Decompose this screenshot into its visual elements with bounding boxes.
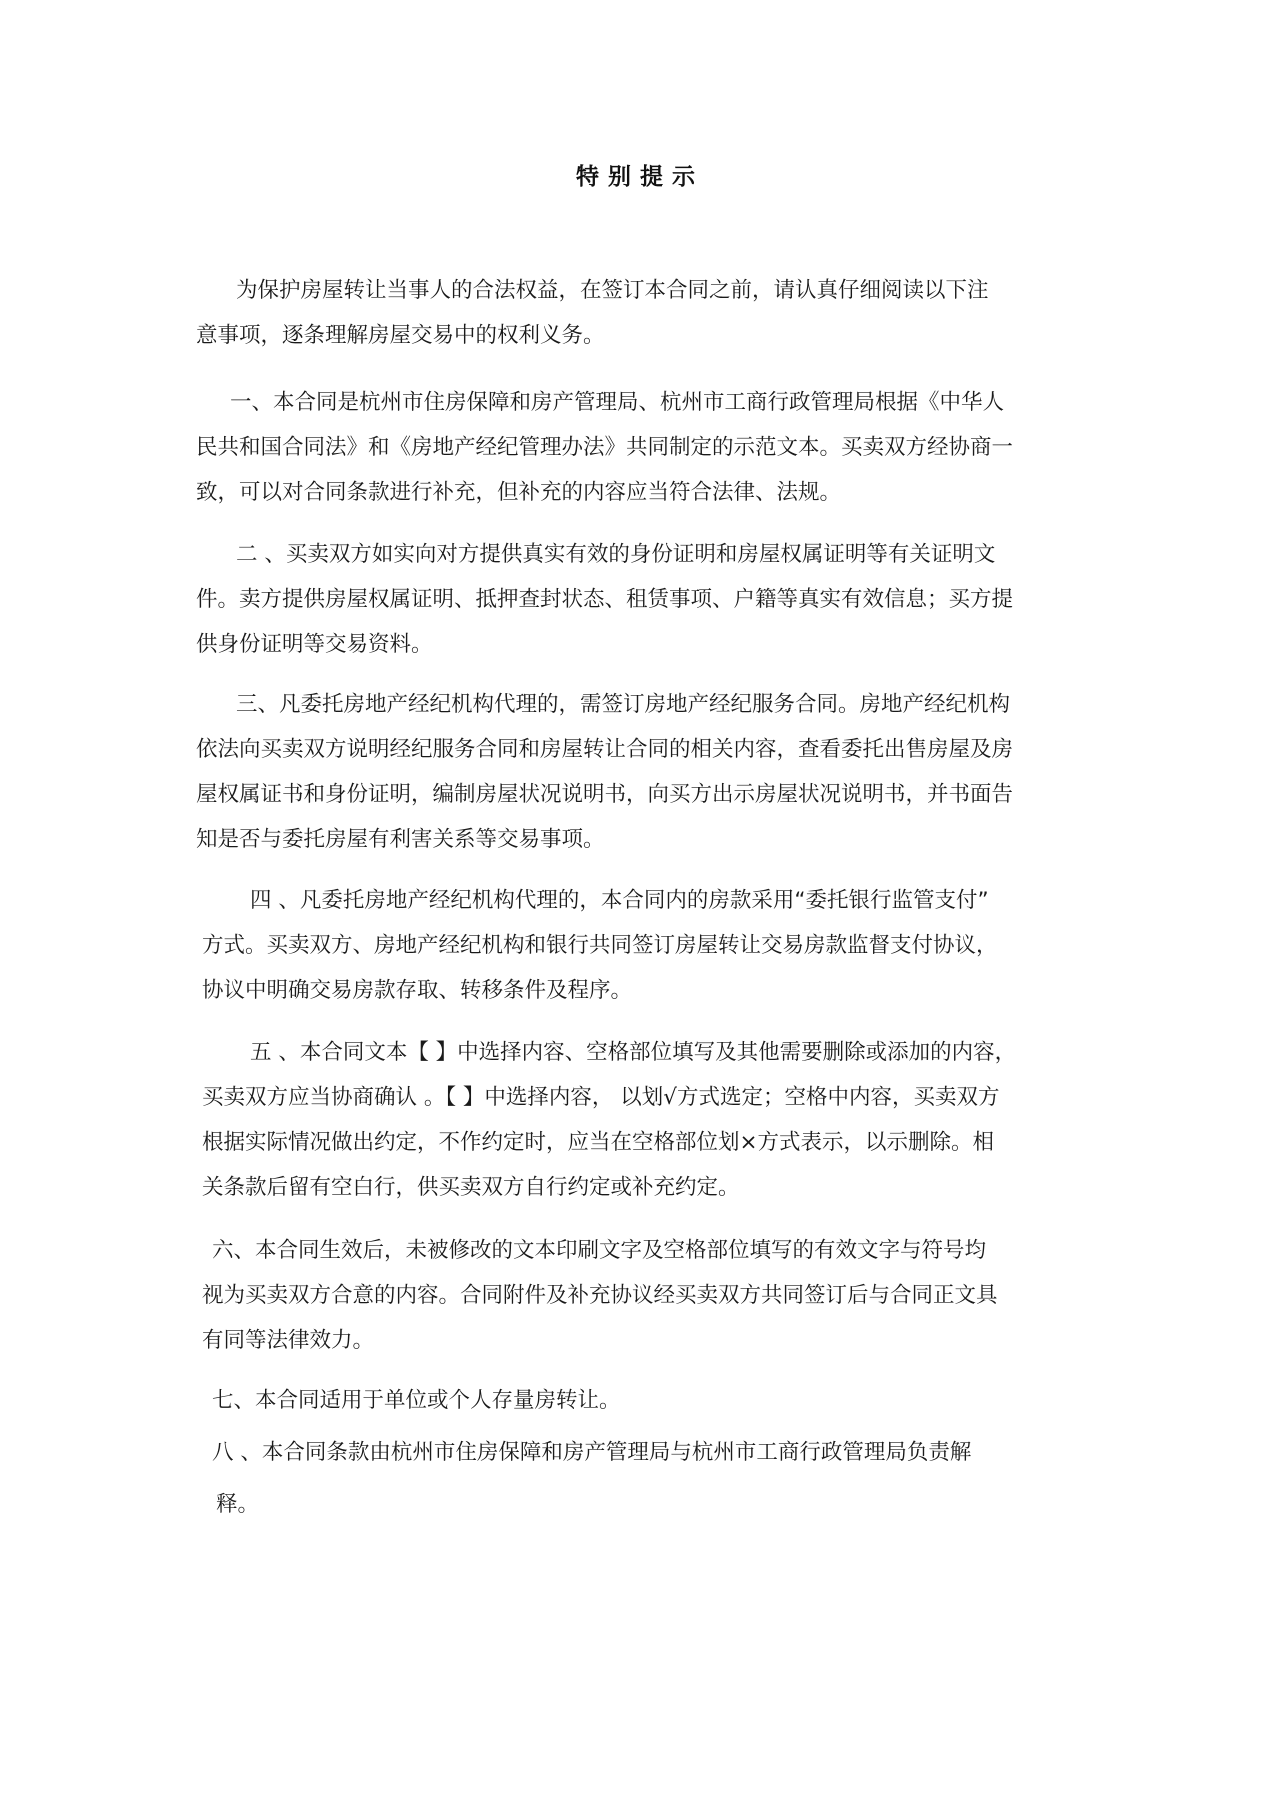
intro-line-2: 意事项，逐条理解房屋交易中的权利义务。 [196,321,605,351]
clause-5-line-1: 五 、本合同文本【 】中选择内容、空格部位填写及其他需要删除或添加的内容， [250,1038,1016,1068]
clause-3-line-1: 三、凡委托房地产经纪机构代理的，需签订房地产经纪服务合同。房地产经纪机构 [236,690,1010,720]
document-page: 特别提示 为保护房屋转让当事人的合法权益，在签订本合同之前，请认真仔细阅读以下注… [0,0,1280,1810]
clause-5-line-3: 根据实际情况做出约定，不作约定时，应当在空格部位划×方式表示，以示删除。相 [202,1128,994,1158]
clause-2-line-3: 供身份证明等交易资料。 [196,630,433,660]
intro-line-1: 为保护房屋转让当事人的合法权益，在签订本合同之前，请认真仔细阅读以下注 [236,276,989,306]
clause-8-line-2: 释。 [216,1490,259,1520]
clause-7-line-1: 七、本合同适用于单位或个人存量房转让。 [212,1386,621,1416]
clause-4-line-1: 四 、凡委托房地产经纪机构代理的，本合同内的房款采用“委托银行监管支付” [250,886,989,916]
clause-4-line-3: 协议中明确交易房款存取、转移条件及程序。 [202,976,632,1006]
clause-4-line-2: 方式。买卖双方、房地产经纪机构和银行共同签订房屋转让交易房款监督支付协议， [202,931,998,961]
clause-5-line-4: 关条款后留有空白行，供买卖双方自行约定或补充约定。 [202,1173,740,1203]
clause-5-line-2: 买卖双方应当协商确认 。【 】中选择内容， 以划√方式选定；空格中内容，买卖双方 [202,1083,999,1113]
clause-6-line-3: 有同等法律效力。 [202,1326,374,1356]
clause-3-line-4: 知是否与委托房屋有利害关系等交易事项。 [196,825,605,855]
clause-1-line-1: 一、本合同是杭州市住房保障和房产管理局、杭州市工商行政管理局根据《中华人 [230,388,1004,418]
clause-2-line-1: 二 、买卖双方如实向对方提供真实有效的身份证明和房屋权属证明等有关证明文 [236,540,995,570]
clause-3-line-2: 依法向买卖双方说明经纪服务合同和房屋转让合同的相关内容，查看委托出售房屋及房 [196,735,1013,765]
clause-3-line-3: 屋权属证书和身份证明，编制房屋状况说明书，向买方出示房屋状况说明书，并书面告 [196,780,1013,810]
clause-1-line-2: 民共和国合同法》和《房地产经纪管理办法》共同制定的示范文本。买卖双方经协商一 [196,433,1013,463]
clause-1-line-3: 致，可以对合同条款进行补充，但补充的内容应当符合法律、法规。 [196,478,841,508]
clause-2-line-2: 件。卖方提供房屋权属证明、抵押查封状态、租赁事项、户籍等真实有效信息；买方提 [196,585,1013,615]
page-title: 特别提示 [0,158,1280,191]
clause-6-line-2: 视为买卖双方合意的内容。合同附件及补充协议经买卖双方共同签订后与合同正文具 [202,1281,998,1311]
clause-8-line-1: 八 、本合同条款由杭州市住房保障和房产管理局与杭州市工商行政管理局负责解 [212,1438,971,1468]
clause-6-line-1: 六、本合同生效后，未被修改的文本印刷文字及空格部位填写的有效文字与符号均 [212,1236,986,1266]
